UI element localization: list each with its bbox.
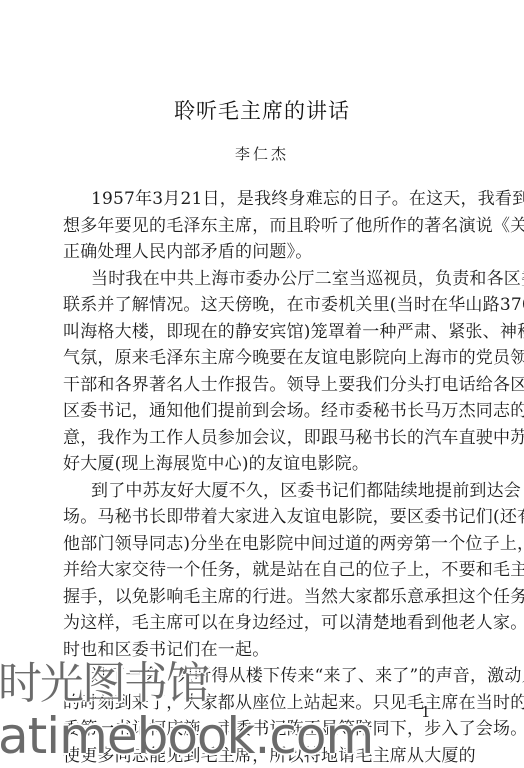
text-line: 并给大家交待一个任务，就是站在自己的位子上，不要和毛主席 bbox=[63, 557, 448, 584]
watermark-site-url: atimebook.com bbox=[0, 708, 373, 764]
paragraph-2: 当时我在中共上海市委办公厅二室当巡视员，负责和各区委 联系并了解情况。这天傍晚，… bbox=[63, 266, 448, 478]
paragraph-1: 1957年3月21日，是我终身难忘的日子。在这天，我看到了梦 想多年要见的毛泽东… bbox=[63, 186, 448, 266]
text-line: 叫海格大楼，即现在的静安宾馆)笼罩着一种严肃、紧张、神秘的 bbox=[63, 319, 448, 346]
text-line: 正确处理人民内部矛盾的问题》。 bbox=[63, 239, 448, 266]
text-line: 为这样，毛主席可以在身边经过，可以清楚地看到他老人家。我当 bbox=[63, 610, 448, 637]
text-line: 好大厦(现上海展览中心)的友谊电影院。 bbox=[63, 451, 448, 478]
text-line: 握手，以免影响毛主席的行进。当然大家都乐意承担这个任务，因 bbox=[63, 584, 448, 611]
text-line: 当时我在中共上海市委办公厅二室当巡视员，负责和各区委 bbox=[63, 266, 448, 293]
text-line: 气氛，原来毛泽东主席今晚要在友谊电影院向上海市的党员领导 bbox=[63, 345, 448, 372]
text-line: 他部门领导同志)分坐在电影院中间过道的两旁第一个位子上， bbox=[63, 531, 448, 558]
author-name: 李仁杰 bbox=[0, 144, 524, 164]
text-line: 想多年要见的毛泽东主席，而且聆听了他所作的著名演说《关于 bbox=[63, 213, 448, 240]
text-line: 场。马秘书长即带着大家进入友谊电影院，要区委书记们(还有其 bbox=[63, 504, 448, 531]
text-line: 区委书记，通知他们提前到会场。经市委秘书长马万杰同志的同 bbox=[63, 398, 448, 425]
watermark-site-name: 时光图书馆 bbox=[0, 660, 208, 708]
chapter-title: 聆听毛主席的讲话 bbox=[0, 98, 524, 124]
text-line: 意，我作为工作人员参加会议，即跟马秘书长的汽车直驶中苏友 bbox=[63, 425, 448, 452]
page-number: 1 bbox=[421, 703, 431, 721]
paragraph-3: 到了中苏友好大厦不久，区委书记们都陆续地提前到达会 场。马秘书长即带着大家进入友… bbox=[63, 478, 448, 664]
text-line: 1957年3月21日，是我终身难忘的日子。在这天，我看到了梦 bbox=[63, 186, 448, 213]
text-line: 到了中苏友好大厦不久，区委书记们都陆续地提前到达会 bbox=[63, 478, 448, 505]
text-line: 干部和各界著名人士作报告。领导上要我们分头打电话给各区的 bbox=[63, 372, 448, 399]
book-page: 聆听毛主席的讲话 李仁杰 1957年3月21日，是我终身难忘的日子。在这天，我看… bbox=[0, 0, 524, 768]
text-line: 联系并了解情况。这天傍晚，在市委机关里(当时在华山路370号， bbox=[63, 292, 448, 319]
